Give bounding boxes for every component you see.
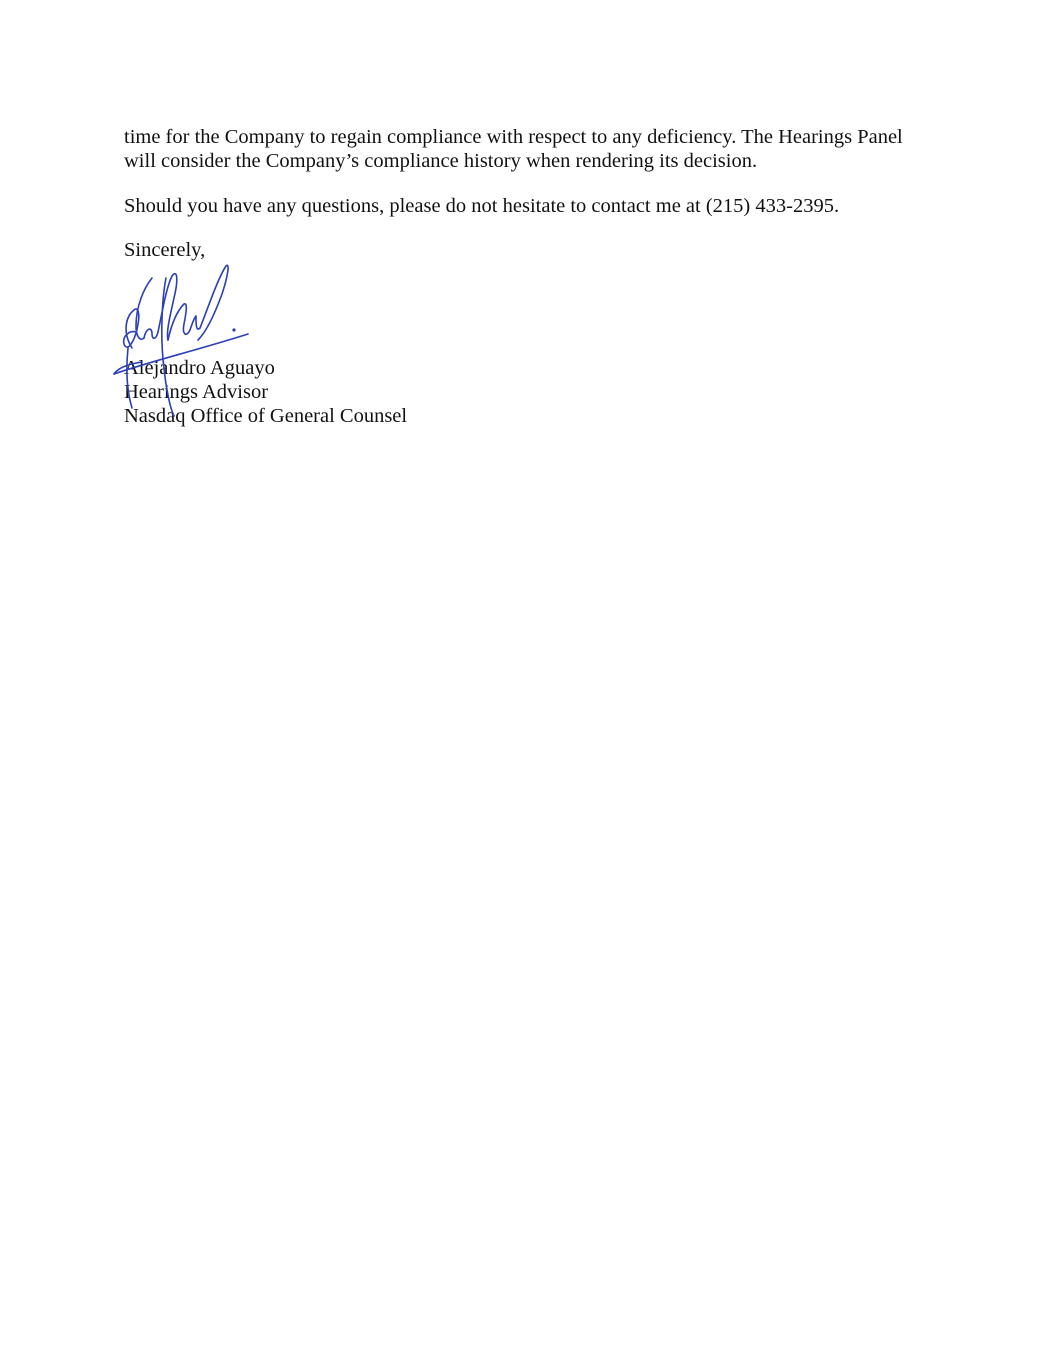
signatory-title: Hearings Advisor xyxy=(124,380,268,404)
paragraph-line: Should you have any questions, please do… xyxy=(124,194,839,218)
body-paragraph-compliance: time for the Company to regain complianc… xyxy=(124,125,903,173)
signatory-name: Alejandro Aguayo xyxy=(124,356,275,380)
body-paragraph-contact: Should you have any questions, please do… xyxy=(124,194,839,218)
document-page: time for the Company to regain complianc… xyxy=(0,0,1055,1365)
paragraph-line: time for the Company to regain complianc… xyxy=(124,125,903,149)
paragraph-line: will consider the Company’s compliance h… xyxy=(124,149,903,173)
closing-salutation: Sincerely, xyxy=(124,238,205,262)
signatory-organization: Nasdaq Office of General Counsel xyxy=(124,404,407,428)
